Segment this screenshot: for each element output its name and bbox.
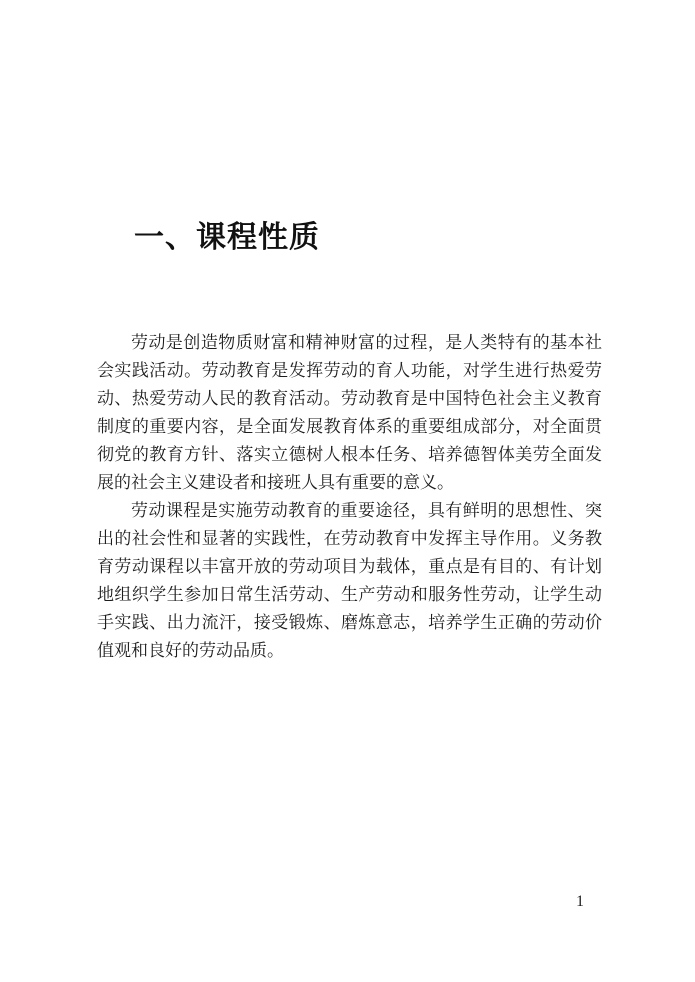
paragraph: 劳动课程是实施劳动教育的重要途径，具有鲜明的思想性、突出的社会性和显著的实践性，…	[97, 497, 602, 665]
body-text: 劳动是创造物质财富和精神财富的过程，是人类特有的基本社会实践活动。劳动教育是发挥…	[97, 329, 602, 665]
document-page: 一、课程性质 劳动是创造物质财富和精神财富的过程，是人类特有的基本社会实践活动。…	[0, 0, 695, 982]
paragraph: 劳动是创造物质财富和精神财富的过程，是人类特有的基本社会实践活动。劳动教育是发挥…	[97, 329, 602, 497]
page-number: 1	[560, 892, 600, 912]
section-heading: 一、课程性质	[134, 221, 320, 255]
